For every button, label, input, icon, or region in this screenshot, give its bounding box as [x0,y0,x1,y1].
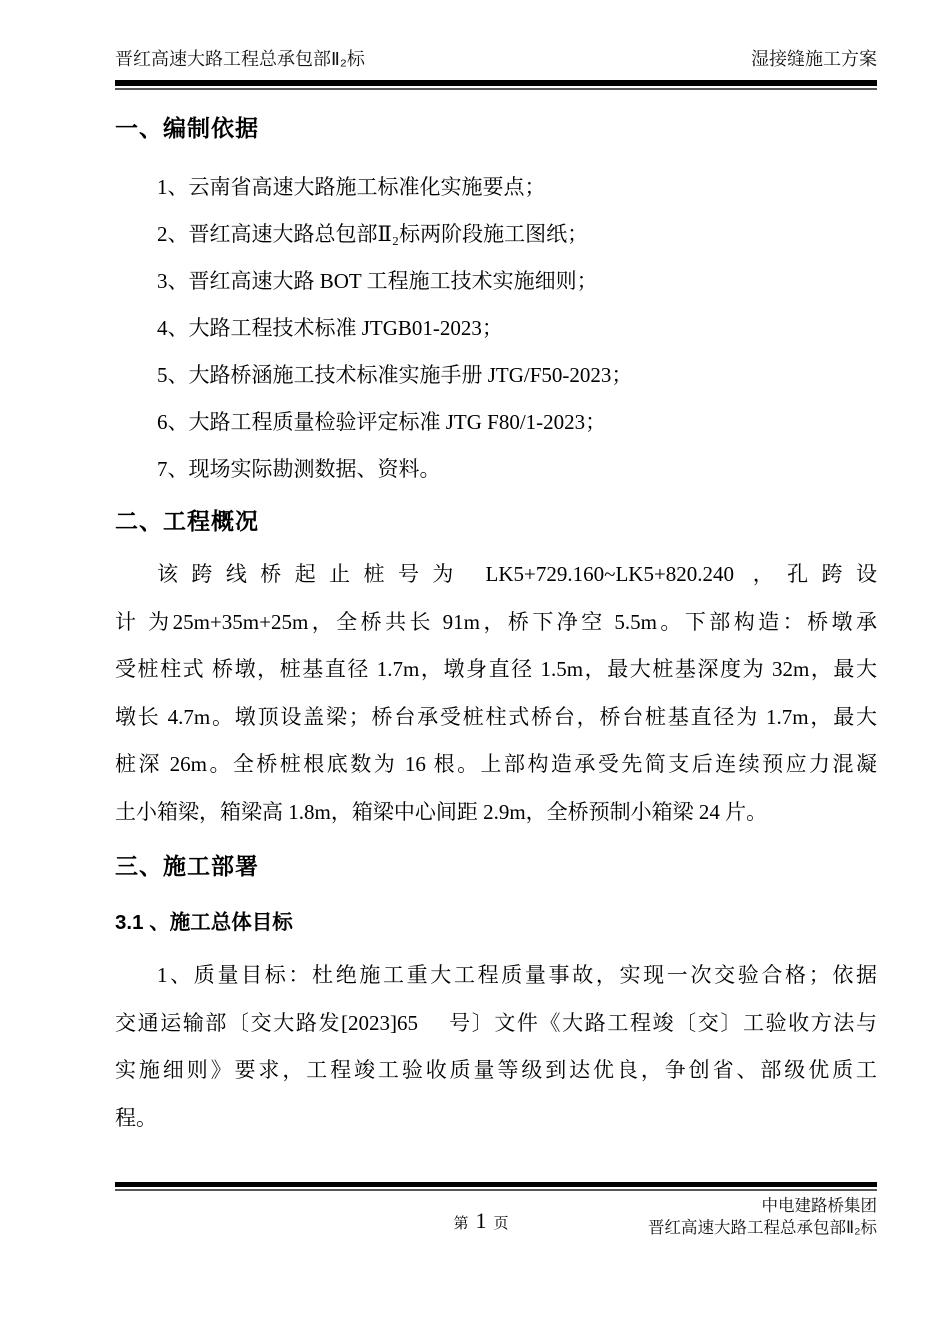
reference-item: 4、大路工程技术标准 JTGB01-2023； [115,305,877,352]
paragraph-line: 程。 [115,1095,877,1143]
reference-item: 3、晋红高速大路 BOT 工程施工技术实施细则； [115,258,877,305]
header-rule [115,80,877,86]
document-page: 晋红高速大路工程总承包部Ⅱ₂标 湿接缝施工方案 一、编制依据 1、云南省高速大路… [0,0,950,1344]
paragraph-line: 该跨线桥起止桩号为 LK5+729.160~LK5+820.240 ，孔跨设 [115,551,877,599]
section-title-basis: 一、编制依据 [115,112,877,144]
subsection-title-goals: 3.1 、施工总体目标 [115,908,877,938]
goals-paragraph: 1、质量目标：杜绝施工重大工程质量事故，实现一次交验合格；依据交通运输部〔交大路… [115,952,877,1142]
header-rule-thin [115,88,877,90]
reference-item: 7、现场实际勘测数据、资料。 [115,446,877,493]
reference-item: 6、大路工程质量检验评定标准 JTG F80/1-2023； [115,399,877,446]
section-title-overview: 二、工程概况 [115,505,877,537]
page-number-suffix: 页 [494,1216,509,1232]
paragraph-line: 实施细则》要求，工程竣工验收质量等级到达优良，争创省、部级优质工 [115,1047,877,1095]
paragraph-line: 受桩柱式 桥墩，桩基直径 1.7m，墩身直径 1.5m，最大桩基深度为 32m，… [115,646,877,694]
page-number: 第1页 [100,1209,862,1236]
overview-paragraph: 该跨线桥起止桩号为 LK5+729.160~LK5+820.240 ，孔跨设计 … [115,551,877,836]
reference-item: 1、云南省高速大路施工标准化实施要点； [115,164,877,211]
paragraph-line: 1、质量目标：杜绝施工重大工程质量事故，实现一次交验合格；依据 [115,952,877,1000]
reference-item: 5、大路桥涵施工技术标准实施手册 JTG/F50-2023； [115,352,877,399]
paragraph-line: 桩深 26m。全桥桩根底数为 16 根。上部构造承受先简支后连续预应力混凝 [115,741,877,789]
footer-rule [115,1182,877,1187]
section-title-deployment: 三、施工部署 [115,850,877,882]
paragraph-line: 墩长 4.7m。墩顶设盖梁；桥台承受桩柱式桥台，桥台桩基直径为 1.7m，最大 [115,694,877,742]
page-number-value: 1 [476,1208,487,1233]
header-doc-title: 湿接缝施工方案 [751,46,877,72]
header-project-label: 晋红高速大路工程总承包部Ⅱ₂标 [115,46,365,72]
paragraph-line: 计 为25m+35m+25m，全桥共长 91m，桥下净空 5.5m。下部构造：桥… [115,599,877,647]
document-body: 一、编制依据 1、云南省高速大路施工标准化实施要点；2、晋红高速大路总包部Ⅱ₂标… [115,104,877,1142]
reference-list: 1、云南省高速大路施工标准化实施要点；2、晋红高速大路总包部Ⅱ₂标两阶段施工图纸… [115,164,877,493]
page-footer: 中电建路桥集团 晋红高速大路工程总承包部Ⅱ₂标 第1页 [115,1182,877,1239]
page-header: 晋红高速大路工程总承包部Ⅱ₂标 湿接缝施工方案 [115,46,877,90]
page-number-prefix: 第 [453,1216,468,1232]
paragraph-line: 土小箱梁，箱梁高 1.8m，箱梁中心间距 2.9m，全桥预制小箱梁 24 片。 [115,789,877,837]
reference-item: 2、晋红高速大路总包部Ⅱ₂标两阶段施工图纸； [115,211,877,258]
paragraph-line: 交通运输部〔交大路发[2023]65 号〕文件《大路工程竣〔交〕工验收方法与 [115,1000,877,1048]
